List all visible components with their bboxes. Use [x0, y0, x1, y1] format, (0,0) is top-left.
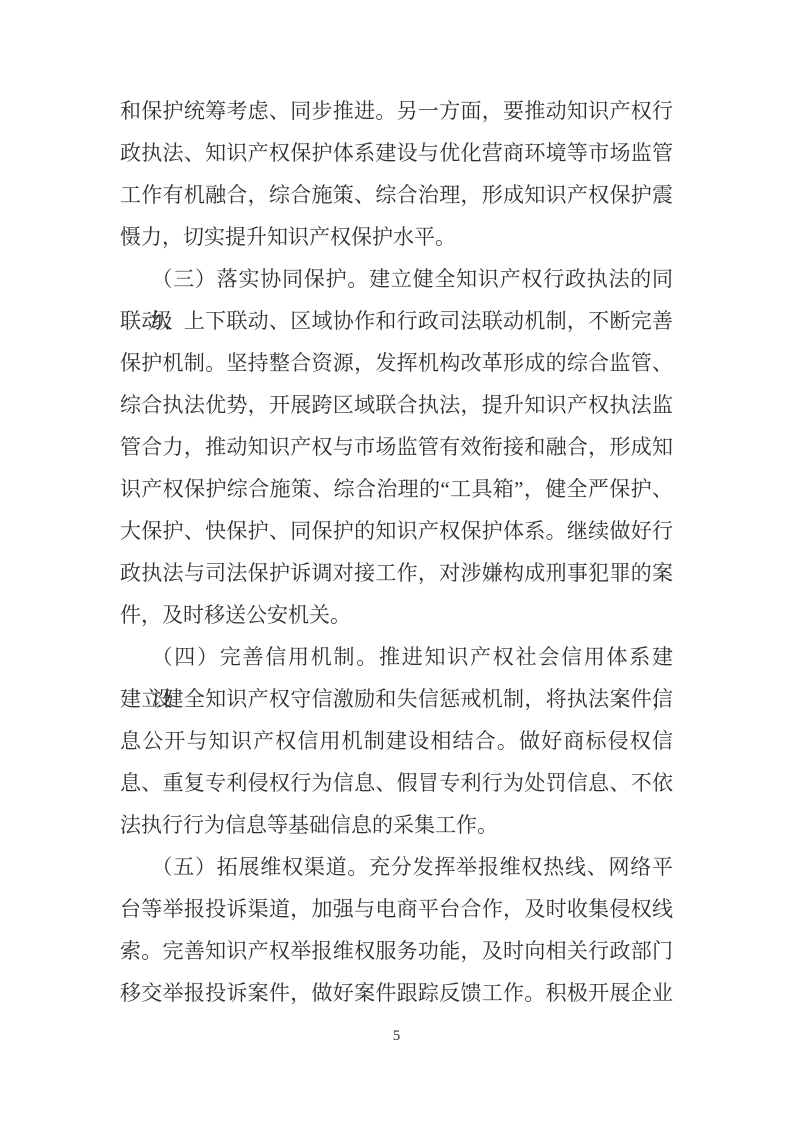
text-line: 慑力，切实提升知识产权保护水平。 — [120, 216, 673, 258]
text-line: 大保护、快保护、同保护的知识产权保护体系。继续做好行 — [120, 510, 673, 552]
text-line: 息、重复专利侵权行为信息、假冒专利行为处罚信息、不依 — [120, 762, 673, 804]
text-line: 政执法、知识产权保护体系建设与优化营商环境等市场监管 — [120, 132, 673, 174]
text-line: 息公开与知识产权信用机制建设相结合。做好商标侵权信 — [120, 720, 673, 762]
text-line: 法执行行为信息等基础信息的采集工作。 — [120, 804, 673, 846]
paragraph: 和保护统筹考虑、同步推进。另一方面，要推动知识产权行政执法、知识产权保护体系建设… — [120, 90, 673, 258]
paragraph: （五）拓展维权渠道。充分发挥举报维权热线、网络平台等举报投诉渠道，加强与电商平台… — [120, 846, 673, 1014]
text-line: 移交举报投诉案件，做好案件跟踪反馈工作。积极开展企业 — [120, 972, 673, 1014]
text-line: 政执法与司法保护诉调对接工作，对涉嫌构成刑事犯罪的案 — [120, 552, 673, 594]
text-line: （五）拓展维权渠道。充分发挥举报维权热线、网络平 — [120, 846, 673, 888]
document-page: 和保护统筹考虑、同步推进。另一方面，要推动知识产权行政执法、知识产权保护体系建设… — [0, 0, 793, 1122]
page-number: 5 — [0, 1024, 793, 1048]
paragraph: （四）完善信用机制。推进知识产权社会信用体系建设，建立健全知识产权守信激励和失信… — [120, 636, 673, 846]
text-line: 联动、上下联动、区域协作和行政司法联动机制，不断完善 — [120, 300, 673, 342]
document-body: 和保护统筹考虑、同步推进。另一方面，要推动知识产权行政执法、知识产权保护体系建设… — [120, 90, 673, 1014]
text-line: 管合力，推动知识产权与市场监管有效衔接和融合，形成知 — [120, 426, 673, 468]
text-line: 工作有机融合，综合施策、综合治理，形成知识产权保护震 — [120, 174, 673, 216]
text-line: 建立健全知识产权守信激励和失信惩戒机制，将执法案件信 — [120, 678, 673, 720]
text-line: 综合执法优势，开展跨区域联合执法，提升知识产权执法监 — [120, 384, 673, 426]
text-line: 台等举报投诉渠道，加强与电商平台合作，及时收集侵权线 — [120, 888, 673, 930]
text-line: （三）落实协同保护。建立健全知识产权行政执法的同级 — [120, 258, 673, 300]
text-line: 件，及时移送公安机关。 — [120, 594, 673, 636]
text-line: 保护机制。坚持整合资源，发挥机构改革形成的综合监管、 — [120, 342, 673, 384]
text-line: （四）完善信用机制。推进知识产权社会信用体系建设， — [120, 636, 673, 678]
text-line: 识产权保护综合施策、综合治理的“工具箱”，健全严保护、 — [120, 468, 673, 510]
paragraph: （三）落实协同保护。建立健全知识产权行政执法的同级联动、上下联动、区域协作和行政… — [120, 258, 673, 636]
text-line: 索。完善知识产权举报维权服务功能，及时向相关行政部门 — [120, 930, 673, 972]
text-line: 和保护统筹考虑、同步推进。另一方面，要推动知识产权行 — [120, 90, 673, 132]
